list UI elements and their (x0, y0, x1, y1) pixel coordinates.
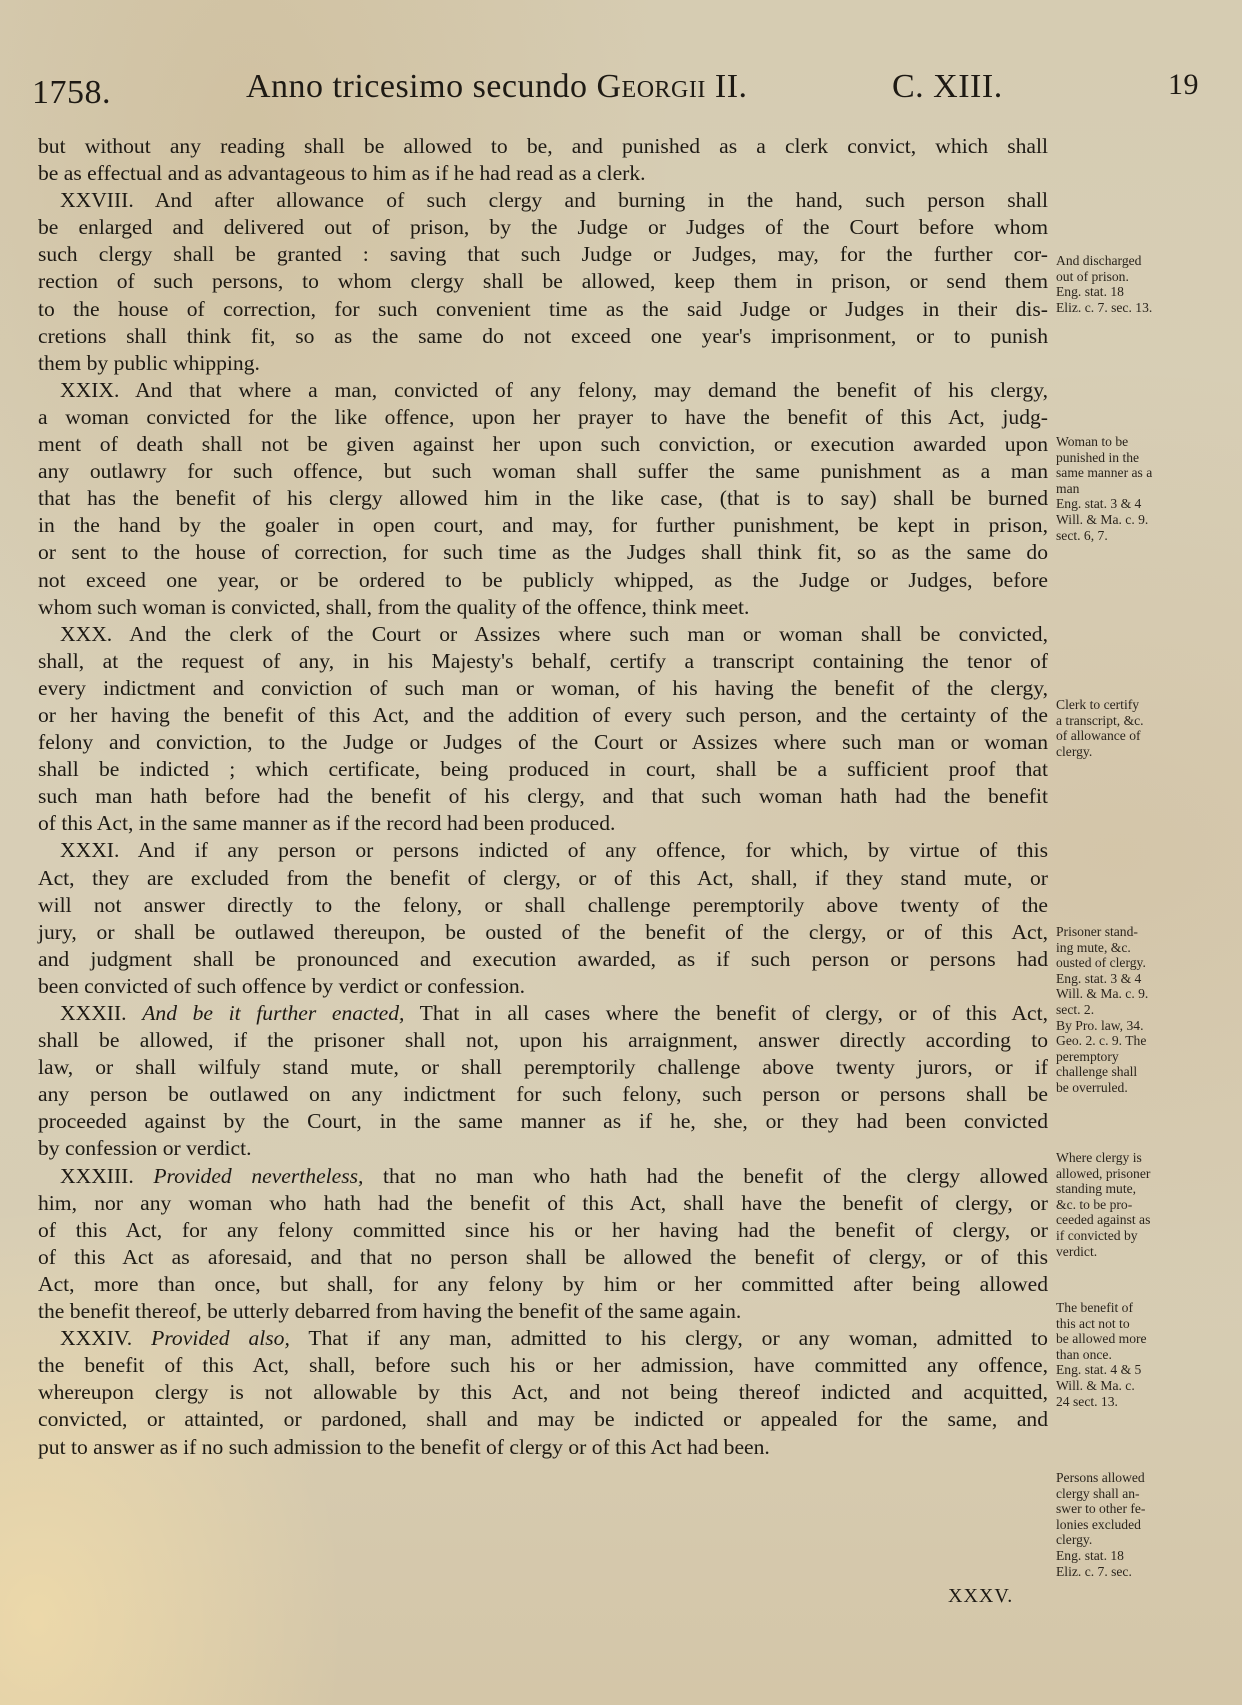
text-line: of this Act, for any felony committed si… (38, 1217, 1048, 1244)
text-line: that has the benefit of his clergy allow… (38, 485, 1048, 512)
margin-note-line: be overruled. (1056, 1080, 1174, 1096)
text-line: felony and conviction, to the Judge or J… (38, 729, 1048, 756)
margin-note-line: of allowance of (1056, 728, 1174, 744)
margin-note-line: Eng. stat. 18 (1056, 284, 1174, 300)
text-line: any person be outlawed on any indictment… (38, 1081, 1048, 1108)
text-line: XXXIII. Provided nevertheless, that no m… (38, 1163, 1048, 1190)
margin-note-line: Persons allowed (1056, 1470, 1174, 1486)
text-line: in the hand by the goaler in open court,… (38, 512, 1048, 539)
margin-note: Persons allowedclergy shall an-swer to o… (1056, 1470, 1174, 1579)
text-line: Act, more than once, but shall, for any … (38, 1271, 1048, 1298)
text-line: shall be indicted ; which certificate, b… (38, 756, 1048, 783)
text-line: not exceed one year, or be ordered to be… (38, 567, 1048, 594)
text-line: law, or shall wilfuly stand mute, or sha… (38, 1054, 1048, 1081)
margin-note-line: Will. & Ma. c. 9. (1056, 986, 1174, 1002)
margin-note-line: And discharged (1056, 253, 1174, 269)
margin-note-line: sect. 2. (1056, 1002, 1174, 1018)
margin-note-line: Eliz. c. 7. sec. (1056, 1564, 1174, 1580)
italic-phrase: And be it further enacted, (142, 1001, 404, 1025)
text-line: cretions shall think fit, so as the same… (38, 323, 1048, 350)
text-line: XXIX. And that where a man, convicted of… (38, 377, 1048, 404)
margin-note-line: By Pro. law, 34. (1056, 1018, 1174, 1034)
text-line: rection of such persons, to whom clergy … (38, 268, 1048, 295)
margin-note-line: punished in the (1056, 450, 1174, 466)
margin-note: The benefit ofthis act not tobe allowed … (1056, 1300, 1174, 1409)
header-chapter: C. XIII. (892, 68, 1003, 106)
text-line: any outlawry for such offence, but such … (38, 458, 1048, 485)
margin-note-line: verdict. (1056, 1244, 1174, 1260)
margin-note-line: than once. (1056, 1347, 1174, 1363)
margin-note-line: lonies excluded (1056, 1517, 1174, 1533)
margin-note-line: out of prison. (1056, 269, 1174, 285)
text-line: jury, or shall be outlawed thereupon, be… (38, 919, 1048, 946)
text-line: be as effectual and as advantageous to h… (38, 160, 1048, 187)
text-line: XXX. And the clerk of the Court or Assiz… (38, 621, 1048, 648)
margin-note-line: Will. & Ma. c. 9. (1056, 512, 1174, 528)
text-line: whom such woman is convicted, shall, fro… (38, 594, 1048, 621)
text-line: shall be allowed, if the prisoner shall … (38, 1027, 1048, 1054)
margin-note-line: ousted of clergy. (1056, 955, 1174, 971)
text-line: the benefit thereof, be utterly debarred… (38, 1298, 1048, 1325)
margin-note-line: Eng. stat. 3 & 4 (1056, 971, 1174, 987)
margin-note-line: clergy shall an- (1056, 1486, 1174, 1502)
text-line: put to answer as if no such admission to… (38, 1434, 1048, 1461)
text-line: by confession or verdict. (38, 1135, 1048, 1162)
margin-note-line: clergy. (1056, 1532, 1174, 1548)
margin-note-line: a transcript, &c. (1056, 713, 1174, 729)
margin-note-line: Prisoner stand- (1056, 924, 1174, 940)
catchword: XXXV. (948, 1585, 1013, 1608)
text-line: but without any reading shall be allowed… (38, 133, 1048, 160)
text-line: will not answer directly to the felony, … (38, 892, 1048, 919)
header-title-king: Georgii (597, 68, 706, 105)
text-line: XXVIII. And after allowance of such cler… (38, 187, 1048, 214)
margin-note-line: Will. & Ma. c. (1056, 1378, 1174, 1394)
document-page: 1758. Anno tricesimo secundo Georgii II.… (0, 0, 1242, 1705)
margin-note-line: challenge shall (1056, 1064, 1174, 1080)
text-line: such man hath before had the benefit of … (38, 783, 1048, 810)
margin-note-line: be allowed more (1056, 1331, 1174, 1347)
margin-note-line: Geo. 2. c. 9. The (1056, 1033, 1174, 1049)
text-line: be enlarged and delivered out of prison,… (38, 214, 1048, 241)
text-line: been convicted of such offence by verdic… (38, 973, 1048, 1000)
margin-note: Where clergy isallowed, prisonerstanding… (1056, 1150, 1174, 1259)
margin-note-line: allowed, prisoner (1056, 1166, 1174, 1182)
text-line: XXXIV. Provided also, That if any man, a… (38, 1325, 1048, 1352)
text-line: and judgment shall be pronounced and exe… (38, 946, 1048, 973)
margin-note-line: ceeded against as (1056, 1212, 1174, 1228)
text-line: XXXII. And be it further enacted, That i… (38, 1000, 1048, 1027)
margin-note-line: sect. 6, 7. (1056, 528, 1174, 544)
text-line: him, nor any woman who hath had the bene… (38, 1190, 1048, 1217)
margin-note-line: clergy. (1056, 744, 1174, 760)
text-line: every indictment and conviction of such … (38, 675, 1048, 702)
text-line: whereupon clergy is not allowable by thi… (38, 1379, 1048, 1406)
statute-body-text: but without any reading shall be allowed… (38, 133, 1048, 1461)
text-line: a woman convicted for the like offence, … (38, 404, 1048, 431)
margin-note-line: swer to other fe- (1056, 1501, 1174, 1517)
margin-note-line: Eng. stat. 18 (1056, 1548, 1174, 1564)
margin-note-line: The benefit of (1056, 1300, 1174, 1316)
margin-note-line: Eliz. c. 7. sec. 13. (1056, 300, 1174, 316)
text-line: shall, at the request of any, in his Maj… (38, 648, 1048, 675)
italic-phrase: Provided nevertheless, (153, 1164, 363, 1188)
margin-note: Clerk to certifya transcript, &c.of allo… (1056, 697, 1174, 759)
margin-note-line: 24 sect. 13. (1056, 1394, 1174, 1410)
text-line: convicted, or attainted, or pardoned, sh… (38, 1406, 1048, 1433)
header-title-prefix: Anno tricesimo secundo (246, 68, 597, 105)
text-line: XXXI. And if any person or persons indic… (38, 837, 1048, 864)
margin-note-line: this act not to (1056, 1316, 1174, 1332)
text-line: them by public whipping. (38, 350, 1048, 377)
margin-note: Prisoner stand-ing mute, &c.ousted of cl… (1056, 924, 1174, 1096)
text-line: ment of death shall not be given against… (38, 431, 1048, 458)
text-line: or sent to the house of correction, for … (38, 539, 1048, 566)
margin-note-line: &c. to be pro- (1056, 1197, 1174, 1213)
text-line: to the house of correction, for such con… (38, 296, 1048, 323)
text-line: of this Act, in the same manner as if th… (38, 810, 1048, 837)
text-line: such clergy shall be granted : saving th… (38, 241, 1048, 268)
header-title: Anno tricesimo secundo Georgii II. (246, 68, 748, 106)
margin-note-line: same manner as a (1056, 465, 1174, 481)
margin-note-line: man (1056, 481, 1174, 497)
margin-note-line: Eng. stat. 3 & 4 (1056, 496, 1174, 512)
margin-note-line: standing mute, (1056, 1181, 1174, 1197)
margin-note-line: Woman to be (1056, 434, 1174, 450)
text-line: or her having the benefit of this Act, a… (38, 702, 1048, 729)
text-line: proceeded against by the Court, in the s… (38, 1108, 1048, 1135)
running-header: 1758. Anno tricesimo secundo Georgii II.… (0, 68, 1242, 118)
margin-note-line: Clerk to certify (1056, 697, 1174, 713)
margin-note: And dischargedout of prison.Eng. stat. 1… (1056, 253, 1174, 315)
text-line: of this Act as aforesaid, and that no pe… (38, 1244, 1048, 1271)
header-title-suffix: II. (706, 68, 748, 105)
margin-note-line: if convicted by (1056, 1228, 1174, 1244)
margin-note-line: Where clergy is (1056, 1150, 1174, 1166)
text-line: Act, they are excluded from the benefit … (38, 865, 1048, 892)
header-year: 1758. (32, 74, 111, 112)
margin-note-line: peremptory (1056, 1049, 1174, 1065)
margin-note: Woman to bepunished in thesame manner as… (1056, 434, 1174, 543)
page-number: 19 (1168, 68, 1199, 102)
text-line: the benefit of this Act, shall, before s… (38, 1352, 1048, 1379)
margin-note-line: Eng. stat. 4 & 5 (1056, 1362, 1174, 1378)
margin-note-line: ing mute, &c. (1056, 940, 1174, 956)
italic-phrase: Provided also, (151, 1326, 290, 1350)
